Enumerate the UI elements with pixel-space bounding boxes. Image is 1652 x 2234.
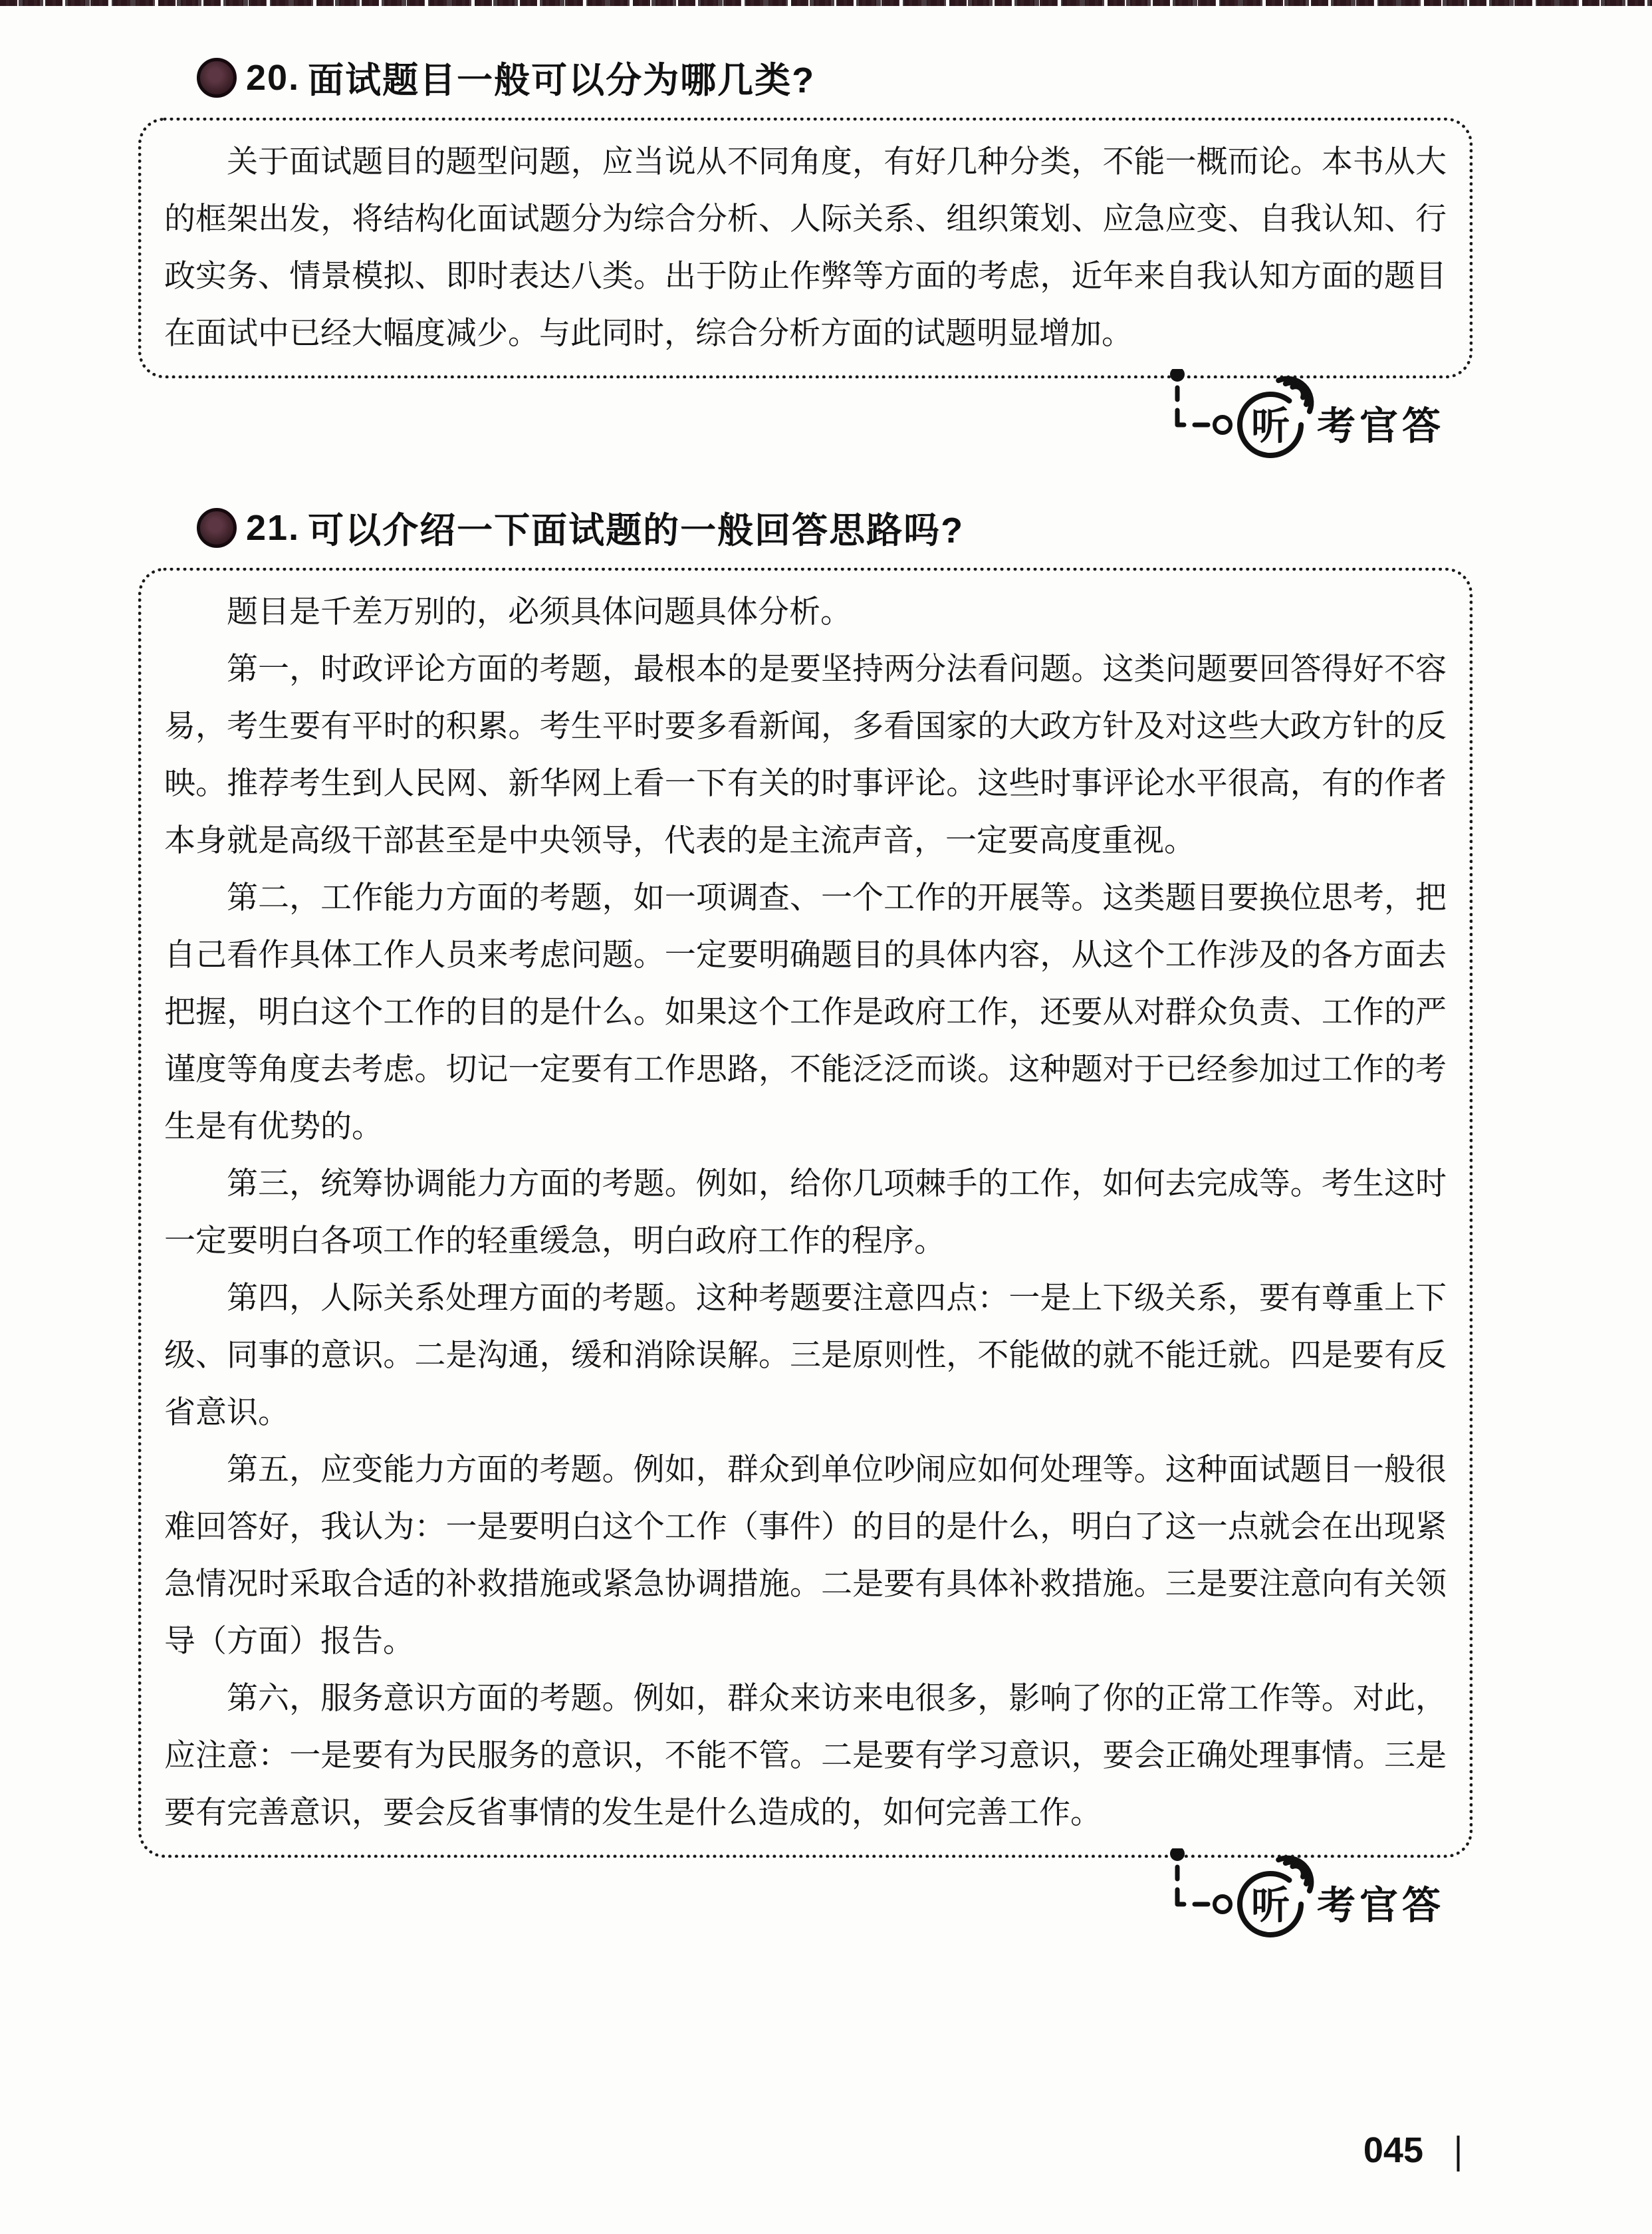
question-title: 面试题目一般可以分为哪几类? (308, 52, 815, 103)
stamp-label: 考官答 (1317, 405, 1445, 448)
stamp-listen-char: 听 (1251, 1884, 1290, 1927)
question-section-20: 20. 面试题目一般可以分为哪几类? 关于面试题目的题型问题，应当说从不同角度，… (138, 52, 1473, 466)
stamp-label: 考官答 (1317, 1884, 1445, 1927)
stamp-row: 听 考官答 (138, 369, 1473, 466)
listen-examiner-stamp: 听 考官答 (1169, 369, 1449, 466)
question-section-21: 21. 可以介绍一下面试题的一般回答思路吗? 题目是千差万别的，必须具体问题具体… (138, 502, 1473, 1945)
connector-corner-icon (1177, 410, 1184, 425)
answer-paragraph: 第五，应变能力方面的考题。例如，群众到单位吵闹应如何处理等。这种面试题目一般很难… (164, 1441, 1447, 1670)
listen-examiner-stamp: 听 考官答 (1169, 1848, 1449, 1945)
question-number: 21. (246, 507, 300, 549)
question-heading: 20. 面试题目一般可以分为哪几类? (138, 52, 1473, 103)
page-number: 045 (1363, 2130, 1423, 2171)
bullet-icon (197, 508, 237, 548)
connector-corner-icon (1177, 1890, 1184, 1904)
answer-box: 关于面试题目的题型问题，应当说从不同角度，有好几种分类，不能一概而论。本书从大的… (138, 118, 1473, 378)
stamp-listen-char: 听 (1251, 405, 1290, 448)
answer-paragraph: 第三，统筹协调能力方面的考题。例如，给你几项棘手的工作，如何去完成等。考生这时一… (164, 1155, 1447, 1269)
question-heading: 21. 可以介绍一下面试题的一般回答思路吗? (138, 502, 1473, 553)
answer-box: 题目是千差万别的，必须具体问题具体分析。 第一，时政评论方面的考题，最根本的是要… (138, 568, 1473, 1858)
connector-ring-icon (1215, 1896, 1231, 1912)
question-title: 可以介绍一下面试题的一般回答思路吗? (308, 502, 964, 553)
answer-paragraph: 第二，工作能力方面的考题，如一项调查、一个工作的开展等。这类题目要换位思考，把自… (164, 869, 1447, 1155)
question-number: 20. (246, 57, 300, 98)
page-content: 20. 面试题目一般可以分为哪几类? 关于面试题目的题型问题，应当说从不同角度，… (138, 0, 1473, 1945)
answer-paragraph: 关于面试题目的题型问题，应当说从不同角度，有好几种分类，不能一概而论。本书从大的… (164, 133, 1447, 362)
answer-paragraph: 第六，服务意识方面的考题。例如，群众来访来电很多，影响了你的正常工作等。对此，应… (164, 1670, 1447, 1841)
connector-ring-icon (1215, 417, 1231, 433)
connector-dot-icon (1170, 369, 1185, 382)
connector-dot-icon (1170, 1848, 1185, 1861)
answer-paragraph: 第一，时政评论方面的考题，最根本的是要坚持两分法看问题。这类问题要回答得好不容易… (164, 640, 1447, 869)
binding-edge-bar: | (1454, 2128, 1463, 2173)
answer-paragraph: 第四，人际关系处理方面的考题。这种考题要注意四点：一是上下级关系，要有尊重上下级… (164, 1269, 1447, 1441)
answer-paragraph: 题目是千差万别的，必须具体问题具体分析。 (164, 583, 1447, 640)
page-footer: 045 | (1363, 2130, 1463, 2171)
stamp-row: 听 考官答 (138, 1848, 1473, 1945)
bullet-icon (197, 58, 237, 98)
